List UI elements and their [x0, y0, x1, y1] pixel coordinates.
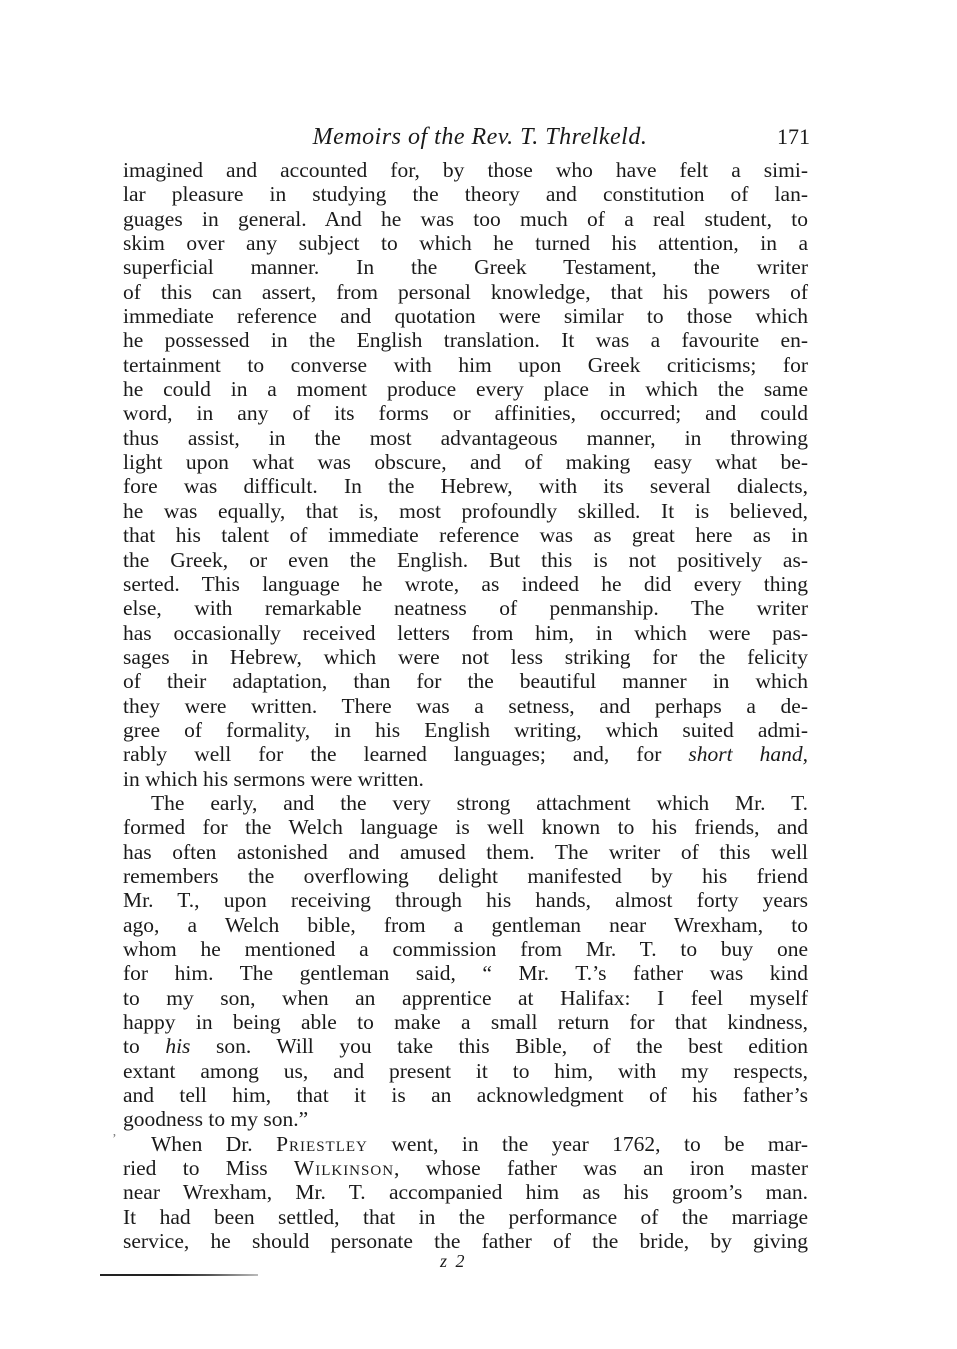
- text-line: he was equally, that is, most profoundly…: [123, 499, 808, 523]
- text-line: skim over any subject to which he turned…: [123, 231, 808, 255]
- text-line: he could in a moment produce every place…: [123, 377, 808, 401]
- small-caps-name: Wilkinson: [294, 1156, 394, 1180]
- running-title: Memoirs of the Rev. T. Threlkeld.: [120, 120, 810, 154]
- text-line: fore was difficult. In the Hebrew, with …: [123, 474, 808, 498]
- text-line: and tell him, that it is an acknowledgme…: [123, 1083, 808, 1107]
- text-line: the Greek, or even the English. But this…: [123, 548, 808, 572]
- page-number: 171: [777, 120, 810, 154]
- text-segment: , whose father was an iron master: [394, 1156, 808, 1180]
- text-line: thus assist, in the most advantageous ma…: [123, 426, 808, 450]
- text-line: they were written. There was a setness, …: [123, 694, 808, 718]
- text-segment: went, in the year 1762, to be mar-: [391, 1132, 808, 1156]
- text-line: imagined and accounted for, by those who…: [123, 158, 808, 182]
- text-line: has often astonished and amused them. Th…: [123, 840, 808, 864]
- text-line: lar pleasure in studying the theory and …: [123, 182, 808, 206]
- text-segment: When Dr.: [151, 1132, 253, 1156]
- italic-phrase: short hand,: [688, 742, 808, 766]
- text-line: to his son. Will you take this Bible, of…: [123, 1034, 808, 1058]
- text-line: that his talent of immediate reference w…: [123, 523, 808, 547]
- text-line: to my son, when an apprentice at Halifax…: [123, 986, 808, 1010]
- text-line: superficial manner. In the Greek Testame…: [123, 255, 808, 279]
- printer-mark: ’: [112, 1132, 117, 1148]
- text-line: ago, a Welch bible, from a gentleman nea…: [123, 913, 808, 937]
- text-line: When Dr. Priestley went, in the year 176…: [123, 1132, 808, 1156]
- text-line: word, in any of its forms or affinities,…: [123, 401, 808, 425]
- text-line: has occasionally received letters from h…: [123, 621, 808, 645]
- text-line: happy in being able to make a small retu…: [123, 1010, 808, 1034]
- text-segment: to: [123, 1034, 140, 1058]
- text-segment: son. Will you take this Bible, of the be…: [216, 1034, 808, 1058]
- small-caps-name: Priestley: [276, 1132, 368, 1156]
- text-line: formed for the Welch language is well kn…: [123, 815, 808, 839]
- text-line: he possessed in the English translation.…: [123, 328, 808, 352]
- text-line: else, with remarkable neatness of penman…: [123, 596, 808, 620]
- text-line: serted. This language he wrote, as indee…: [123, 572, 808, 596]
- text-line: It had been settled, that in the perform…: [123, 1205, 808, 1229]
- text-line: in which his sermons were written.: [123, 767, 808, 791]
- text-line: The early, and the very strong attachmen…: [123, 791, 808, 815]
- book-page: Memoirs of the Rev. T. Threlkeld. 171 im…: [0, 0, 957, 1349]
- text-line: service, he should personate the father …: [123, 1229, 808, 1253]
- text-line: immediate reference and quotation were s…: [123, 304, 808, 328]
- text-line: for him. The gentleman said, “ Mr. T.’s …: [123, 961, 808, 985]
- text-line: tertainment to converse with him upon Gr…: [123, 353, 808, 377]
- text-line: gree of formality, in his English writin…: [123, 718, 808, 742]
- text-line: rably well for the learned languages; an…: [123, 742, 808, 766]
- text-line: goodness to my son.”: [123, 1107, 808, 1131]
- text-line: ried to Miss Wilkinson, whose father was…: [123, 1156, 808, 1180]
- text-line: of their adaptation, than for the beauti…: [123, 669, 808, 693]
- text-line: extant among us, and present it to him, …: [123, 1059, 808, 1083]
- italic-word: his: [165, 1034, 190, 1058]
- text-line: Mr. T., upon receiving through his hands…: [123, 888, 808, 912]
- text-line: of this can assert, from personal knowle…: [123, 280, 808, 304]
- body-text: imagined and accounted for, by those who…: [123, 158, 808, 1253]
- text-line: whom he mentioned a commission from Mr. …: [123, 937, 808, 961]
- footer-rule: [100, 1274, 258, 1276]
- signature-mark: z 2: [440, 1251, 467, 1272]
- text-segment: ried to Miss: [123, 1156, 268, 1180]
- text-line: sages in Hebrew, which were not less str…: [123, 645, 808, 669]
- text-line: light upon what was obscure, and of maki…: [123, 450, 808, 474]
- text-segment: rably well for the learned languages; an…: [123, 742, 661, 766]
- text-line: near Wrexham, Mr. T. accompanied him as …: [123, 1180, 808, 1204]
- running-head: Memoirs of the Rev. T. Threlkeld. 171: [120, 120, 810, 154]
- text-line: guages in general. And he was too much o…: [123, 207, 808, 231]
- text-line: remembers the overflowing delight manife…: [123, 864, 808, 888]
